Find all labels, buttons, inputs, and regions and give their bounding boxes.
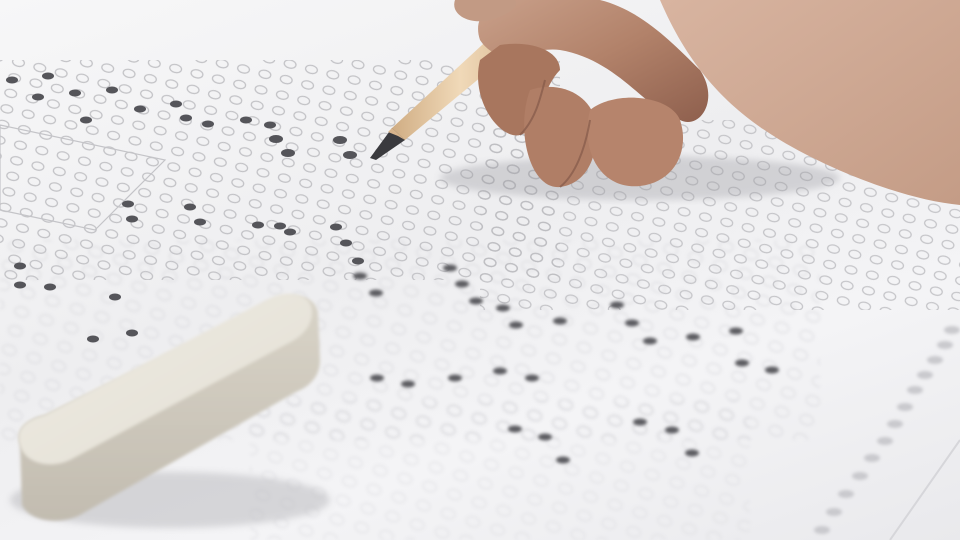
- photo-scene: [0, 0, 960, 540]
- answer-sheet: [0, 0, 960, 540]
- side-bubble-column: [814, 326, 960, 534]
- sheet-edge: [890, 440, 960, 540]
